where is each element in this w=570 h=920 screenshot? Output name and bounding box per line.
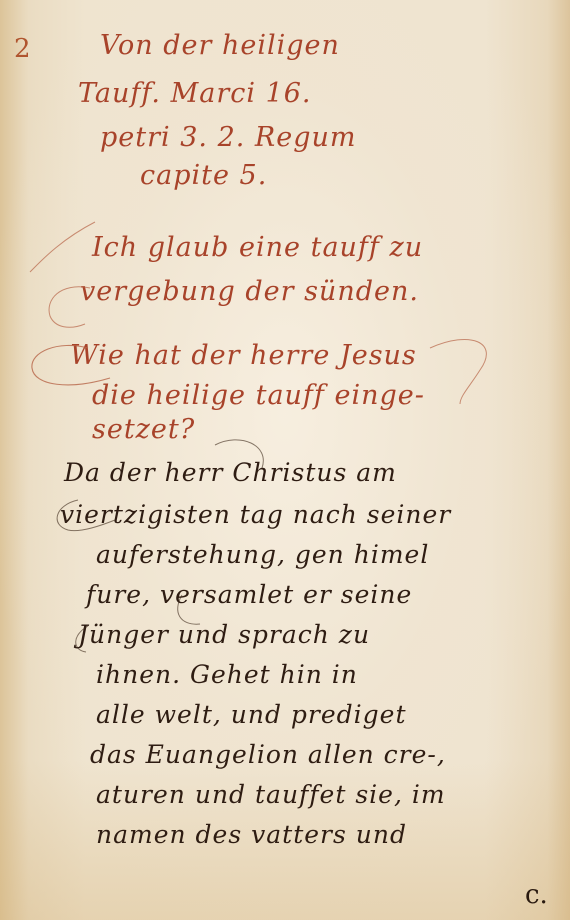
- heading-line-1: Von der heiligen: [100, 30, 340, 61]
- body-line-9: aturen und tauffet sie, im: [96, 780, 446, 809]
- body-line-3: auferstehung, gen himel: [96, 540, 429, 569]
- body-line-7: alle welt, und prediget: [96, 700, 407, 729]
- body-line-6: ihnen. Gehet hin in: [96, 660, 358, 689]
- question-line-2: die heilige tauff einge-: [92, 380, 425, 411]
- body-line-2: viertzigisten tag nach seiner: [60, 500, 451, 529]
- heading-line-4: capite 5.: [140, 160, 267, 191]
- margin-number: 2: [14, 34, 31, 64]
- body-line-8: das Euangelion allen cre-,: [90, 740, 446, 769]
- signature-mark: c.: [525, 880, 548, 910]
- question-line-3: setzet?: [92, 414, 195, 445]
- body-line-4: fure, versamlet er seine: [86, 580, 412, 609]
- heading-line-2: Tauff. Marci 16.: [78, 78, 312, 109]
- question-line-1: Wie hat der herre Jesus: [70, 340, 417, 371]
- manuscript-page: 2 Von der heiligen Tauff. Marci 16. petr…: [0, 0, 570, 920]
- body-line-5: Jünger und sprach zu: [78, 620, 370, 649]
- body-line-1: Da der herr Christus am: [64, 458, 397, 487]
- creed-line-1: Ich glaub eine tauff zu: [92, 232, 423, 263]
- creed-line-2: vergebung der sünden.: [80, 276, 419, 307]
- body-line-10: namen des vatters und: [96, 820, 407, 849]
- heading-line-3: petri 3. 2. Regum: [100, 122, 357, 153]
